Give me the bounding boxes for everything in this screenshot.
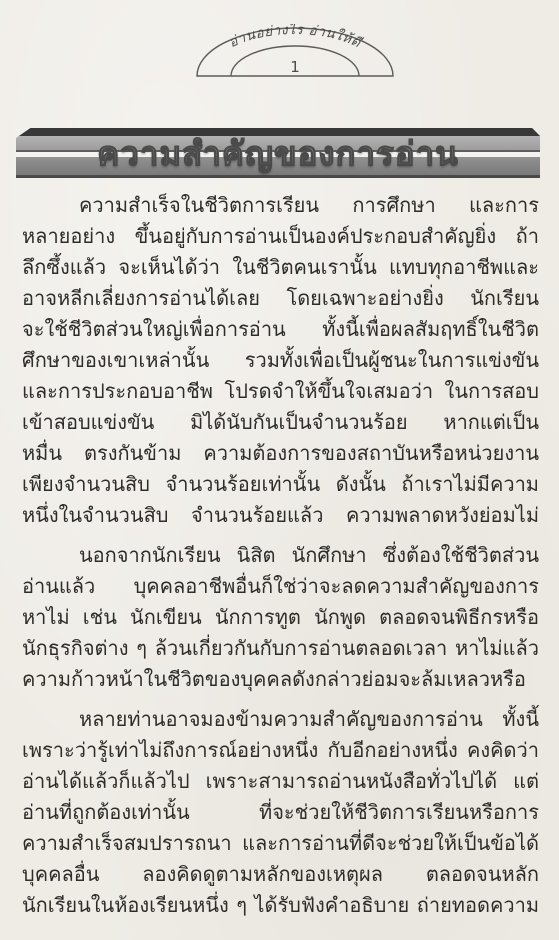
body-text: ความสำเร็จในชีวิตการเรียน การศึกษา และกา… bbox=[22, 190, 539, 921]
text-line: จะใช้ชีวิตส่วนใหญ่เพื่อการอ่าน ทั้งนี้เพ… bbox=[22, 314, 539, 345]
chapter-badge: อ่านอย่างไร อ่านให้ดี 1 bbox=[193, 24, 397, 82]
text-line: นักธุรกิจต่าง ๆ ล้วนเกี่ยวกันกับการอ่านต… bbox=[22, 633, 539, 664]
title-banner: ความสำคัญของการอ่าน bbox=[16, 128, 540, 178]
text-line: ความก้าวหน้าในชีวิตของบุคคลดังกล่าวย่อมจ… bbox=[22, 664, 539, 695]
text-line: ศึกษาของเขาเหล่านั้น รวมทั้งเพื่อเป็นผู้… bbox=[22, 345, 539, 376]
text-line: หนึ่งในจำนวนสิบ จำนวนร้อยแล้ว ความพลาดหว… bbox=[22, 500, 539, 531]
badge-arc-text: อ่านอย่างไร อ่านให้ดี bbox=[226, 24, 364, 52]
text-line: หลายอย่าง ขึ้นอยู่กับการอ่านเป็นองค์ประก… bbox=[22, 221, 539, 252]
text-line: อ่านแล้ว บุคคลอาชีพอื่นก็ใช่ว่าจะลดความส… bbox=[22, 571, 539, 602]
text-line: หมื่น ตรงกันข้าม ความต้องการของสถาบันหรื… bbox=[22, 438, 539, 469]
chapter-title: ความสำคัญของการอ่าน bbox=[16, 127, 540, 180]
paragraph: หลายท่านอาจมองข้ามความสำคัญของการอ่าน ทั… bbox=[22, 704, 539, 921]
text-line: เพราะว่ารู้เท่าไม่ถึงการณ์อย่างหนึ่ง กับ… bbox=[22, 735, 539, 766]
text-line: นักเรียนในห้องเรียนหนึ่ง ๆ ได้รับฟังคำอธ… bbox=[22, 890, 539, 921]
text-line: หลายท่านอาจมองข้ามความสำคัญของการอ่าน ทั… bbox=[22, 704, 539, 735]
text-line: ความสำเร็จสมปรารถนา และการอ่านที่ดีจะช่ว… bbox=[22, 828, 539, 859]
text-line: บุคคลอื่น ลองคิดดูตามหลักของเหตุผล ตลอดจ… bbox=[22, 859, 539, 890]
text-line: เข้าสอบแข่งขัน มิได้นับกันเป็นจำนวนร้อย … bbox=[22, 407, 539, 438]
paragraph: ความสำเร็จในชีวิตการเรียน การศึกษา และกา… bbox=[22, 190, 539, 531]
text-line: อ่านที่ถูกต้องเท่านั้น ที่จะช่วยให้ชีวิต… bbox=[22, 797, 539, 828]
text-line: ลึกซึ้งแล้ว จะเห็นได้ว่า ในชีวิตคนเรานั้… bbox=[22, 252, 539, 283]
text-line: เพียงจำนวนสิบ จำนวนร้อยเท่านั้น ดังนั้น … bbox=[22, 469, 539, 500]
text-line: อาจหลีกเลี่ยงการอ่านได้เลย โดยเฉพาะอย่าง… bbox=[22, 283, 539, 314]
text-line: นอกจากนักเรียน นิสิต นักศึกษา ซึ่งต้องใช… bbox=[22, 540, 539, 571]
text-line: หาไม่ เช่น นักเขียน นักการทูต นักพูด ตลอ… bbox=[22, 602, 539, 633]
text-line: อ่านได้แล้วก็แล้วไป เพราะสามารถอ่านหนังส… bbox=[22, 766, 539, 797]
text-line: ความสำเร็จในชีวิตการเรียน การศึกษา และกา… bbox=[22, 190, 539, 221]
chapter-number: 1 bbox=[290, 58, 300, 76]
text-line: และการประกอบอาชีพ โปรดจำให้ขึ้นใจเสมอว่า… bbox=[22, 376, 539, 407]
arch-badge-graphic: อ่านอย่างไร อ่านให้ดี 1 bbox=[193, 24, 397, 82]
book-page: อ่านอย่างไร อ่านให้ดี 1 ความสำคัญของการอ… bbox=[0, 0, 559, 940]
paragraph: นอกจากนักเรียน นิสิต นักศึกษา ซึ่งต้องใช… bbox=[22, 540, 539, 695]
